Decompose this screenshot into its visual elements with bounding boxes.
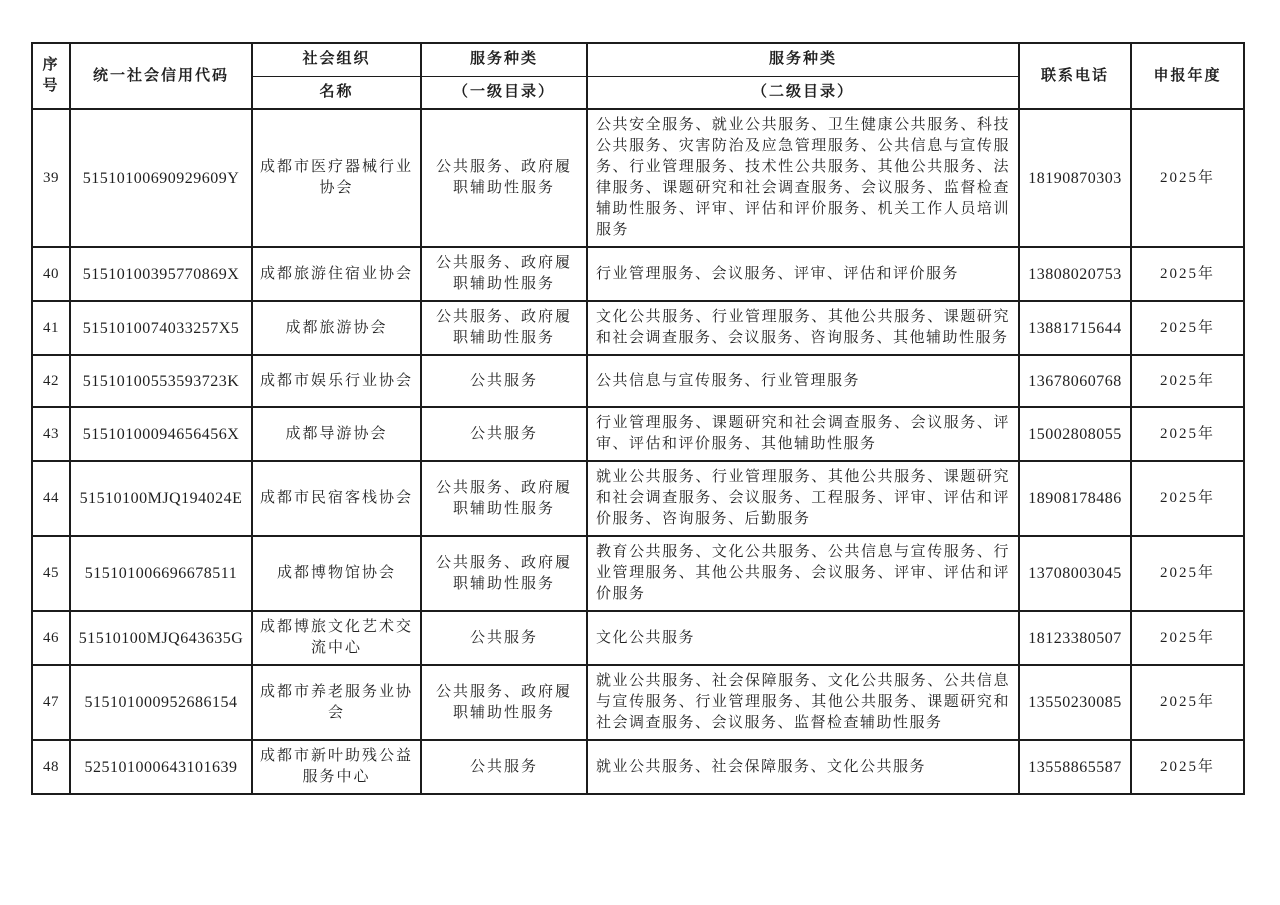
- table-row: 4051510100395770869X成都旅游住宿业协会公共服务、政府履职辅助…: [32, 247, 1244, 301]
- cell-index: 43: [32, 407, 70, 461]
- cell-code: 51510100MJQ643635G: [70, 611, 252, 665]
- header-phone: 联系电话: [1019, 43, 1131, 109]
- cell-phone: 18190870303: [1019, 109, 1131, 247]
- cell-name: 成都市民宿客栈协会: [252, 461, 421, 536]
- cell-phone: 13550230085: [1019, 665, 1131, 740]
- cell-index: 39: [32, 109, 70, 247]
- cell-year: 2025年: [1131, 611, 1244, 665]
- cell-service_level1: 公共服务: [421, 407, 587, 461]
- cell-phone: 13881715644: [1019, 301, 1131, 355]
- cell-year: 2025年: [1131, 536, 1244, 611]
- cell-service_level1: 公共服务: [421, 740, 587, 794]
- cell-name: 成都旅游协会: [252, 301, 421, 355]
- table-row: 4251510100553593723K成都市娱乐行业协会公共服务公共信息与宣传…: [32, 355, 1244, 407]
- cell-year: 2025年: [1131, 461, 1244, 536]
- cell-phone: 13558865587: [1019, 740, 1131, 794]
- cell-index: 47: [32, 665, 70, 740]
- cell-phone: 13678060768: [1019, 355, 1131, 407]
- cell-index: 46: [32, 611, 70, 665]
- header-credit-code: 统一社会信用代码: [70, 43, 252, 109]
- cell-code: 525101000643101639: [70, 740, 252, 794]
- cell-service_level1: 公共服务、政府履职辅助性服务: [421, 665, 587, 740]
- cell-service_level2: 文化公共服务、行业管理服务、其他公共服务、课题研究和社会调查服务、会议服务、咨询…: [587, 301, 1019, 355]
- cell-index: 42: [32, 355, 70, 407]
- cell-service_level2: 就业公共服务、社会保障服务、文化公共服务: [587, 740, 1019, 794]
- cell-name: 成都旅游住宿业协会: [252, 247, 421, 301]
- cell-year: 2025年: [1131, 740, 1244, 794]
- header-year: 申报年度: [1131, 43, 1244, 109]
- table-header: 序号 统一社会信用代码 社会组织 服务种类 服务种类 联系电话 申报年度 名称 …: [32, 43, 1244, 109]
- cell-service_level1: 公共服务、政府履职辅助性服务: [421, 247, 587, 301]
- cell-service_level2: 就业公共服务、社会保障服务、文化公共服务、公共信息与宣传服务、行业管理服务、其他…: [587, 665, 1019, 740]
- cell-service_level2: 文化公共服务: [587, 611, 1019, 665]
- header-service1-title: 服务种类: [421, 43, 587, 76]
- org-service-table-wrap: 序号 统一社会信用代码 社会组织 服务种类 服务种类 联系电话 申报年度 名称 …: [31, 42, 1243, 795]
- table-body: 3951510100690929609Y成都市医疗器械行业协会公共服务、政府履职…: [32, 109, 1244, 794]
- header-service1-subtitle: （一级目录）: [421, 76, 587, 109]
- table-row: 4451510100MJQ194024E成都市民宿客栈协会公共服务、政府履职辅助…: [32, 461, 1244, 536]
- document-page: 序号 统一社会信用代码 社会组织 服务种类 服务种类 联系电话 申报年度 名称 …: [0, 0, 1280, 905]
- table-row: 47515101000952686154成都市养老服务业协会公共服务、政府履职辅…: [32, 665, 1244, 740]
- cell-service_level2: 公共信息与宣传服务、行业管理服务: [587, 355, 1019, 407]
- cell-phone: 13808020753: [1019, 247, 1131, 301]
- cell-year: 2025年: [1131, 301, 1244, 355]
- cell-name: 成都市养老服务业协会: [252, 665, 421, 740]
- header-service2-title: 服务种类: [587, 43, 1019, 76]
- header-org-subtitle: 名称: [252, 76, 421, 109]
- cell-code: 51510100553593723K: [70, 355, 252, 407]
- cell-service_level1: 公共服务、政府履职辅助性服务: [421, 109, 587, 247]
- cell-name: 成都博物馆协会: [252, 536, 421, 611]
- cell-index: 40: [32, 247, 70, 301]
- header-org-title: 社会组织: [252, 43, 421, 76]
- cell-name: 成都市新叶助残公益服务中心: [252, 740, 421, 794]
- cell-phone: 18123380507: [1019, 611, 1131, 665]
- cell-year: 2025年: [1131, 665, 1244, 740]
- cell-service_level2: 教育公共服务、文化公共服务、公共信息与宣传服务、行业管理服务、其他公共服务、会议…: [587, 536, 1019, 611]
- cell-phone: 13708003045: [1019, 536, 1131, 611]
- cell-year: 2025年: [1131, 407, 1244, 461]
- cell-code: 51510100395770869X: [70, 247, 252, 301]
- cell-phone: 15002808055: [1019, 407, 1131, 461]
- org-service-table: 序号 统一社会信用代码 社会组织 服务种类 服务种类 联系电话 申报年度 名称 …: [31, 42, 1245, 795]
- table-row: 4651510100MJQ643635G成都博旅文化艺术交流中心公共服务文化公共…: [32, 611, 1244, 665]
- cell-year: 2025年: [1131, 355, 1244, 407]
- cell-name: 成都导游协会: [252, 407, 421, 461]
- cell-index: 48: [32, 740, 70, 794]
- cell-service_level1: 公共服务、政府履职辅助性服务: [421, 461, 587, 536]
- header-service2-subtitle: （二级目录）: [587, 76, 1019, 109]
- cell-code: 51510100690929609Y: [70, 109, 252, 247]
- table-row: 48525101000643101639成都市新叶助残公益服务中心公共服务就业公…: [32, 740, 1244, 794]
- cell-year: 2025年: [1131, 247, 1244, 301]
- table-row: 415151010074033257X5成都旅游协会公共服务、政府履职辅助性服务…: [32, 301, 1244, 355]
- header-row-1: 序号 统一社会信用代码 社会组织 服务种类 服务种类 联系电话 申报年度: [32, 43, 1244, 76]
- table-row: 3951510100690929609Y成都市医疗器械行业协会公共服务、政府履职…: [32, 109, 1244, 247]
- cell-name: 成都市医疗器械行业协会: [252, 109, 421, 247]
- table-row: 45515101006696678511成都博物馆协会公共服务、政府履职辅助性服…: [32, 536, 1244, 611]
- cell-code: 51510100MJQ194024E: [70, 461, 252, 536]
- header-index: 序号: [32, 43, 70, 109]
- cell-code: 515101000952686154: [70, 665, 252, 740]
- cell-service_level2: 行业管理服务、课题研究和社会调查服务、会议服务、评审、评估和评价服务、其他辅助性…: [587, 407, 1019, 461]
- table-row: 4351510100094656456X成都导游协会公共服务行业管理服务、课题研…: [32, 407, 1244, 461]
- cell-year: 2025年: [1131, 109, 1244, 247]
- cell-service_level1: 公共服务、政府履职辅助性服务: [421, 536, 587, 611]
- cell-code: 5151010074033257X5: [70, 301, 252, 355]
- cell-code: 515101006696678511: [70, 536, 252, 611]
- cell-name: 成都市娱乐行业协会: [252, 355, 421, 407]
- cell-index: 44: [32, 461, 70, 536]
- cell-phone: 18908178486: [1019, 461, 1131, 536]
- cell-service_level2: 就业公共服务、行业管理服务、其他公共服务、课题研究和社会调查服务、会议服务、工程…: [587, 461, 1019, 536]
- cell-name: 成都博旅文化艺术交流中心: [252, 611, 421, 665]
- cell-code: 51510100094656456X: [70, 407, 252, 461]
- cell-service_level2: 公共安全服务、就业公共服务、卫生健康公共服务、科技公共服务、灾害防治及应急管理服…: [587, 109, 1019, 247]
- cell-service_level1: 公共服务、政府履职辅助性服务: [421, 301, 587, 355]
- cell-service_level1: 公共服务: [421, 611, 587, 665]
- cell-service_level1: 公共服务: [421, 355, 587, 407]
- cell-service_level2: 行业管理服务、会议服务、评审、评估和评价服务: [587, 247, 1019, 301]
- cell-index: 41: [32, 301, 70, 355]
- cell-index: 45: [32, 536, 70, 611]
